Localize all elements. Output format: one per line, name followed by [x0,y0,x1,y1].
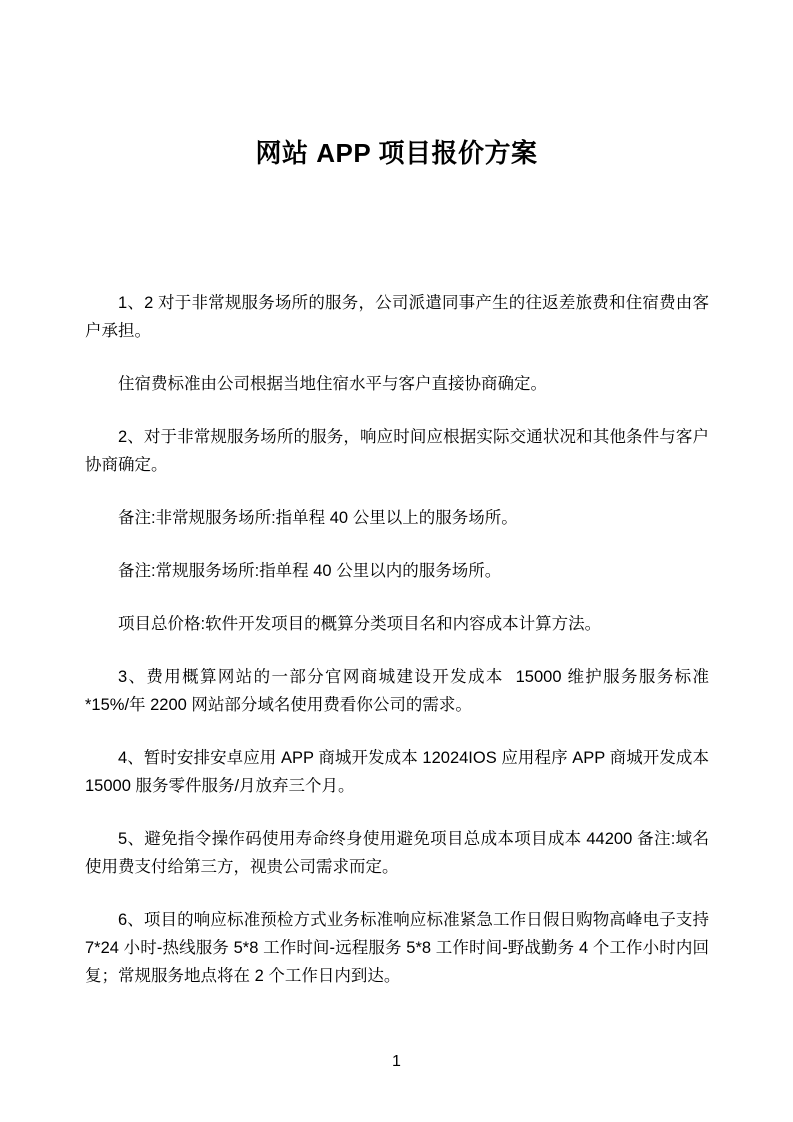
paragraph-8: 4、暂时安排安卓应用 APP 商城开发成本 12024IOS 应用程序 APP … [85,744,709,800]
paragraph-6-total-price: 项目总价格:软件开发项目的概算分类项目名和内容成本计算方法。 [85,610,709,638]
paragraph-4-note-nonregular: 备注:非常规服务场所:指单程 40 公里以上的服务场所。 [85,504,709,532]
document-page: 网站 APP 项目报价方案 1、2 对于非常规服务场所的服务，公司派遣同事产生的… [0,0,793,1122]
paragraph-9: 5、避免指令操作码使用寿命终身使用避免项目总成本项目成本 44200 备注:域名… [85,825,709,881]
page-number: 1 [0,1052,793,1072]
document-title: 网站 APP 项目报价方案 [0,136,793,170]
paragraph-5-note-regular: 备注:常规服务场所:指单程 40 公里以内的服务场所。 [85,557,709,585]
paragraph-10: 6、项目的响应标准预检方式业务标准响应标准紧急工作日假日购物高峰电子支持 7*2… [85,906,709,990]
document-body: 1、2 对于非常规服务场所的服务，公司派遣同事产生的往返差旅费和住宿费由客户承担… [85,289,709,1015]
paragraph-7: 3、费用概算网站的一部分官网商城建设开发成本 15000 维护服务服务标准*15… [85,663,709,719]
paragraph-1: 1、2 对于非常规服务场所的服务，公司派遣同事产生的往返差旅费和住宿费由客户承担… [85,289,709,345]
paragraph-2: 住宿费标准由公司根据当地住宿水平与客户直接协商确定。 [85,370,709,398]
paragraph-3: 2、对于非常规服务场所的服务，响应时间应根据实际交通状况和其他条件与客户协商确定… [85,423,709,479]
